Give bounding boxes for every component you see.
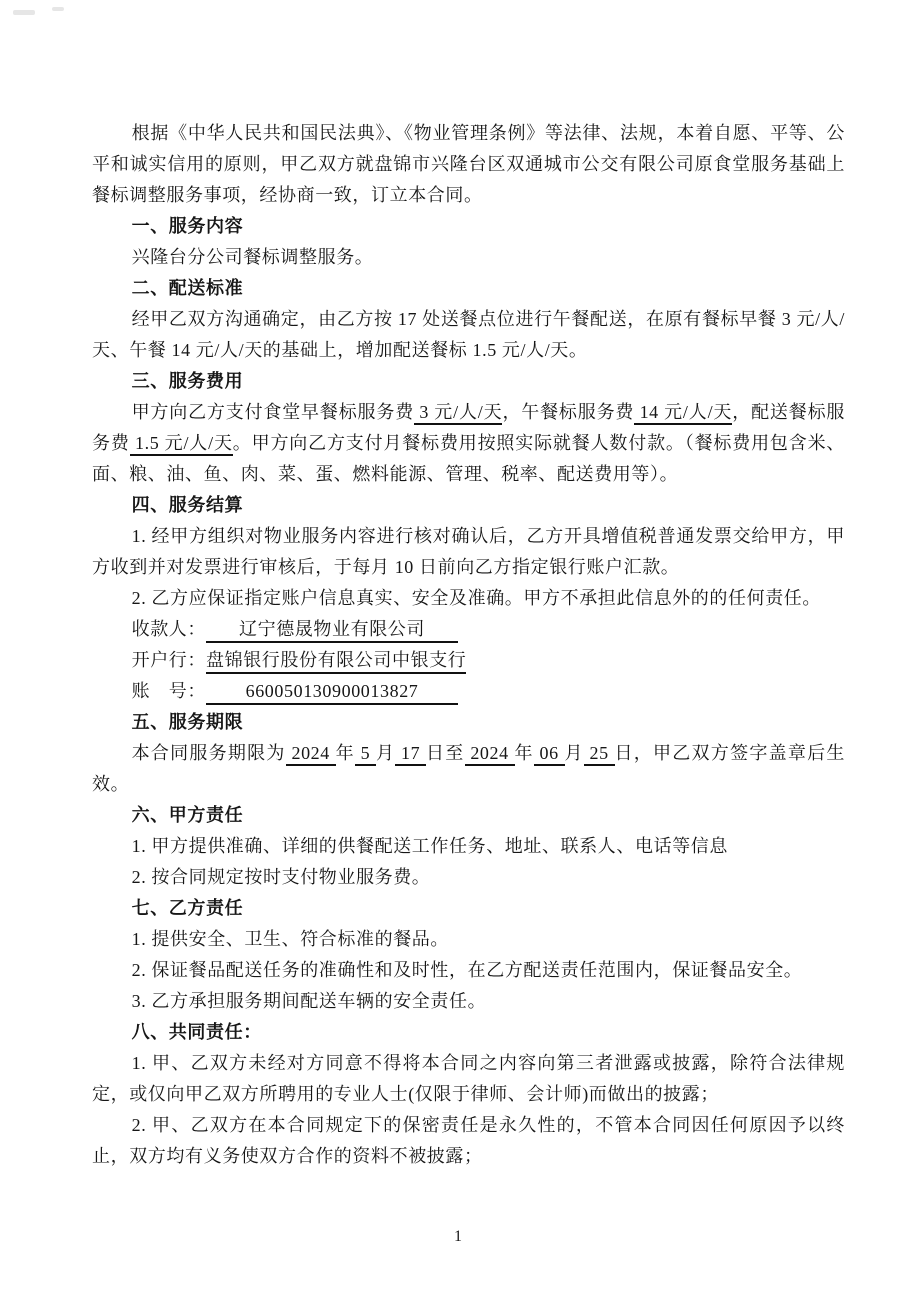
section-heading: 一、服务内容 [92, 211, 845, 242]
text-segment: 年 [336, 743, 355, 763]
text-segment: 2. 乙方应保证指定账户信息真实、安全及准确。甲方不承担此信息外的的任何责任。 [132, 588, 821, 608]
section-heading: 六、甲方责任 [92, 800, 845, 831]
paragraph: 2. 甲、乙双方在本合同规定下的保密责任是永久性的，不管本合同因任何原因予以终止… [92, 1110, 845, 1172]
text-segment: 月 [565, 743, 584, 763]
text-segment: 年 [515, 743, 534, 763]
text-segment: 经甲乙双方沟通确定，由乙方按 17 处送餐点位进行午餐配送，在原有餐标早餐 3 … [92, 309, 845, 360]
text-segment: 1. 提供安全、卫生、符合标准的餐品。 [132, 929, 449, 949]
text-segment: 2. 保证餐品配送任务的准确性和及时性，在乙方配送责任范围内，保证餐品安全。 [132, 960, 803, 980]
text-segment: 三、服务费用 [132, 371, 244, 391]
text-segment: 3. 乙方承担服务期间配送车辆的安全责任。 [132, 991, 487, 1011]
text-segment: 2. 甲、乙双方在本合同规定下的保密责任是永久性的，不管本合同因任何原因予以终止… [92, 1115, 845, 1166]
page-number: 1 [454, 1228, 462, 1245]
contract-page: 根据《中华人民共和国民法典》、《物业管理条例》等法律、法规，本着自愿、平等、公平… [0, 0, 916, 1296]
paragraph: 经甲乙双方沟通确定，由乙方按 17 处送餐点位进行午餐配送，在原有餐标早餐 3 … [92, 304, 845, 366]
text-segment: 1. 经甲方组织对物业服务内容进行核对确认后，乙方开具增值税普通发票交给甲方，甲… [92, 526, 845, 577]
field-label: 账 号： [132, 681, 206, 701]
text-segment: 月 [376, 743, 395, 763]
section-heading: 三、服务费用 [92, 366, 845, 397]
section-heading: 四、服务结算 [92, 490, 845, 521]
underlined-value: 2024 [286, 743, 336, 766]
text-segment: 八、共同责任： [132, 1022, 262, 1042]
underlined-value: 17 [395, 743, 426, 766]
form-field-line: 账 号：660050130900013827 [92, 676, 845, 707]
scan-artifact [13, 10, 35, 15]
paragraph: 1. 甲方提供准确、详细的供餐配送工作任务、地址、联系人、电话等信息 [92, 831, 845, 862]
paragraph: 1. 提供安全、卫生、符合标准的餐品。 [92, 924, 845, 955]
text-segment: 2. 按合同规定按时支付物业服务费。 [132, 867, 431, 887]
text-segment: 日至 [426, 743, 465, 763]
underlined-value: 25 [584, 743, 615, 766]
form-field-line: 开户行：盘锦银行股份有限公司中银支行 [92, 645, 845, 676]
paragraph: 2. 乙方应保证指定账户信息真实、安全及准确。甲方不承担此信息外的的任何责任。 [92, 583, 845, 614]
scan-artifact [52, 7, 64, 11]
document-body: 根据《中华人民共和国民法典》、《物业管理条例》等法律、法规，本着自愿、平等、公平… [92, 118, 845, 1172]
paragraph: 兴隆台分公司餐标调整服务。 [92, 242, 845, 273]
text-segment: 七、乙方责任 [132, 898, 244, 918]
paragraph: 2. 按合同规定按时支付物业服务费。 [92, 862, 845, 893]
paragraph: 1. 甲、乙双方未经对方同意不得将本合同之内容向第三者泄露或披露，除符合法律规定… [92, 1048, 845, 1110]
field-label: 开户行： [132, 650, 206, 670]
section-heading: 五、服务期限 [92, 707, 845, 738]
section-heading: 七、乙方责任 [92, 893, 845, 924]
text-segment: 根据《中华人民共和国民法典》、《物业管理条例》等法律、法规，本着自愿、平等、公平… [92, 123, 845, 205]
text-segment: 甲方向乙方支付食堂早餐标服务费 [132, 402, 414, 422]
text-segment: 1. 甲、乙双方未经对方同意不得将本合同之内容向第三者泄露或披露，除符合法律规定… [92, 1053, 845, 1104]
text-segment: 一、服务内容 [132, 216, 244, 236]
text-segment: 二、配送标准 [132, 278, 244, 298]
underlined-value: 3 元/人/天 [414, 402, 502, 425]
text-segment: 1. 甲方提供准确、详细的供餐配送工作任务、地址、联系人、电话等信息 [132, 836, 728, 856]
underlined-value: 14 元/人/天 [634, 402, 732, 425]
underlined-value: 5 [355, 743, 376, 766]
text-segment: ，午餐标服务费 [502, 402, 634, 422]
section-heading: 二、配送标准 [92, 273, 845, 304]
text-segment: 四、服务结算 [132, 495, 244, 515]
text-segment: 五、服务期限 [132, 712, 244, 732]
field-value: 660050130900013827 [206, 679, 458, 705]
underlined-value: 2024 [465, 743, 515, 766]
text-segment: 兴隆台分公司餐标调整服务。 [132, 247, 374, 267]
text-segment: 六、甲方责任 [132, 805, 244, 825]
field-label: 收款人： [132, 619, 206, 639]
form-field-line: 收款人：辽宁德晟物业有限公司 [92, 614, 845, 645]
field-value: 辽宁德晟物业有限公司 [206, 617, 458, 643]
paragraph: 甲方向乙方支付食堂早餐标服务费 3 元/人/天，午餐标服务费 14 元/人/天，… [92, 397, 845, 490]
paragraph: 根据《中华人民共和国民法典》、《物业管理条例》等法律、法规，本着自愿、平等、公平… [92, 118, 845, 211]
field-value: 盘锦银行股份有限公司中银支行 [206, 648, 466, 674]
paragraph: 1. 经甲方组织对物业服务内容进行核对确认后，乙方开具增值税普通发票交给甲方，甲… [92, 521, 845, 583]
underlined-value: 06 [534, 743, 565, 766]
paragraph: 本合同服务期限为 2024 年 5 月 17 日至 2024 年 06 月 25… [92, 738, 845, 800]
paragraph: 3. 乙方承担服务期间配送车辆的安全责任。 [92, 986, 845, 1017]
page-footer: 1 [0, 1228, 916, 1246]
paragraph: 2. 保证餐品配送任务的准确性和及时性，在乙方配送责任范围内，保证餐品安全。 [92, 955, 845, 986]
text-segment: 本合同服务期限为 [132, 743, 286, 763]
underlined-value: 1.5 元/人/天 [130, 433, 233, 456]
section-heading: 八、共同责任： [92, 1017, 845, 1048]
